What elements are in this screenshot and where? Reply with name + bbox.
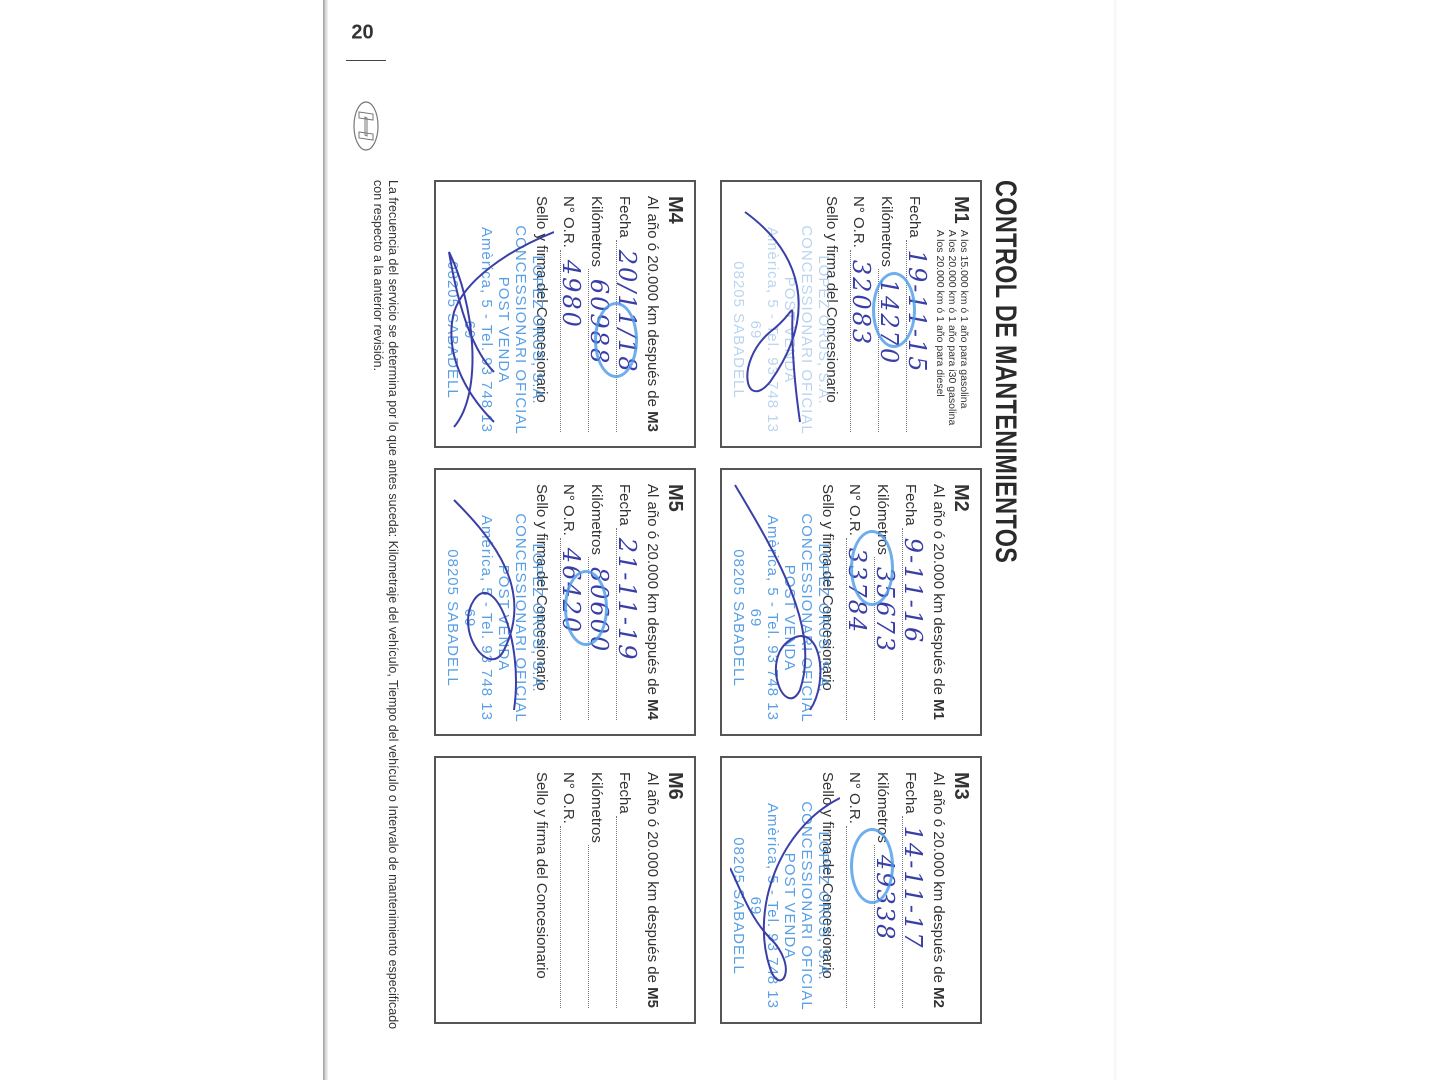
kilometros-label: Kilómetros	[588, 196, 605, 267]
card-code: M1	[949, 196, 972, 224]
maintenance-card-m1: M1 A los 15.000 km ó 1 año para gasolina…	[720, 180, 982, 448]
page-number: 20	[351, 22, 373, 45]
maintenance-card-m3: M3 Al año ó 20.000 km después de M2 Fech…	[720, 756, 982, 1024]
hyundai-stamp-logo-icon	[594, 302, 638, 378]
stamp-line: CONCESSIONARI OFICIAL	[798, 510, 815, 726]
interval-ref: M3	[644, 411, 661, 432]
fecha-field: Fecha21-11-19	[616, 484, 634, 720]
hyundai-stamp-logo-icon	[564, 570, 608, 646]
interval-line: A los 20.000 km ó 1 año para i30 gasolin…	[946, 230, 958, 426]
fecha-value: 21-11-19	[613, 538, 641, 662]
nor-value: 32083	[847, 260, 875, 346]
stamp-line: Amèrica, 5 - Tel. 93 748 13 69	[461, 510, 495, 726]
stamp-line: POST VENDA	[495, 222, 512, 438]
interval-label: Al año ó 20.000 km después de	[644, 484, 661, 695]
maintenance-card-m6: M6 Al año ó 20.000 km después de M5 Fech…	[434, 756, 696, 1024]
nor-label: N° O.R.	[850, 196, 867, 248]
stamp-line: LOPEZ ORÚS, S.A.	[815, 510, 832, 726]
interval-ref: M2	[930, 987, 947, 1008]
nor-label: N° O.R.	[846, 484, 863, 536]
interval-ref: M5	[644, 987, 661, 1008]
footer-note: La frecuencia del servicio se determina …	[370, 180, 400, 1040]
maintenance-card-m5: M5 Al año ó 20.000 km después de M4 Fech…	[434, 468, 696, 736]
maintenance-card-m4: M4 Al año ó 20.000 km después de M3 Fech…	[434, 180, 696, 448]
stamp-line: POST VENDA	[781, 510, 798, 726]
fecha-label: Fecha	[616, 484, 633, 526]
interval-line: A los 15.000 km ó 1 año para gasolina	[958, 230, 970, 426]
stamp-line: Amèrica, 5 - Tel. 93 748 13 69	[747, 510, 781, 726]
stamp-line: Amèrica, 5 - Tel. 93 748 13 69	[461, 222, 495, 438]
nor-label: N° O.R.	[560, 484, 577, 536]
nor-label: N° O.R.	[560, 772, 577, 824]
page-title: CONTROL DE MANTENIMIENTOS	[988, 180, 1022, 563]
dealer-stamp: LOPEZ ORÚS, S.A. CONCESSIONARI OFICIAL P…	[444, 510, 546, 726]
stamp-line: POST VENDA	[495, 510, 512, 726]
card-code: M3	[949, 772, 972, 800]
interval-label: Al año ó 20.000 km después de	[930, 484, 947, 695]
interval-text: Al año ó 20.000 km después de M3	[644, 196, 661, 432]
fecha-value: 14-11-17	[899, 826, 927, 950]
fecha-field: Fecha	[616, 772, 634, 1008]
fecha-label: Fecha	[906, 196, 923, 238]
stamp-line: 08205 SABADELL	[444, 222, 461, 438]
fecha-field: Fecha9-11-16	[902, 484, 920, 720]
stamp-line: CONCESSIONARI OFICIAL	[512, 510, 529, 726]
hyundai-stamp-logo-icon	[850, 828, 894, 904]
kilometros-label: Kilómetros	[588, 772, 605, 843]
interval-label: Al año ó 20.000 km después de	[644, 196, 661, 407]
fecha-value: 9-11-16	[899, 538, 927, 645]
fecha-label: Fecha	[902, 484, 919, 526]
stamp-line: 08205 SABADELL	[730, 510, 747, 726]
hyundai-stamp-logo-icon	[872, 272, 916, 348]
fecha-label: Fecha	[616, 772, 633, 814]
kilometros-label: Kilómetros	[588, 484, 605, 555]
interval-lines: A los 15.000 km ó 1 año para gasolina A …	[934, 230, 970, 426]
stamp-line: POST VENDA	[781, 798, 798, 1014]
stamp-line: Amèrica, 5 - Tel. 93 748 13 69	[747, 798, 781, 1014]
interval-text: Al año ó 20.000 km después de M5	[644, 772, 661, 1008]
interval-ref: M4	[644, 699, 661, 720]
card-code: M2	[949, 484, 972, 512]
stamp-line: LOPEZ ORÚS, S.A.	[815, 222, 832, 438]
kilometros-field: Kilómetros	[588, 772, 606, 1008]
booklet-binding-edge	[323, 0, 328, 1080]
nor-field: N° O.R.	[560, 772, 578, 1008]
maintenance-card-m2: M2 Al año ó 20.000 km después de M1 Fech…	[720, 468, 982, 736]
stamp-line: CONCESSIONARI OFICIAL	[512, 222, 529, 438]
card-code: M5	[663, 484, 686, 512]
footer-divider	[346, 60, 386, 61]
dealer-stamp: LOPEZ ORÚS, S.A. CONCESSIONARI OFICIAL P…	[444, 222, 546, 438]
page-edge-shadow	[1114, 0, 1117, 1080]
stamp-line: Amèrica, 5 - Tel. 93 748 13 69	[747, 222, 781, 438]
card-code: M4	[663, 196, 686, 224]
seal-label: Sello y firma del Concesionario	[533, 772, 550, 1008]
interval-label: Al año ó 20.000 km después de	[644, 772, 661, 983]
hyundai-stamp-logo-icon	[850, 530, 894, 606]
interval-ref: M1	[930, 699, 947, 720]
stamp-line: POST VENDA	[781, 222, 798, 438]
nor-value: 4980	[557, 260, 585, 329]
interval-line: A los 20.000 km ó 1 año para diesel	[934, 230, 946, 426]
fecha-field: Fecha14-11-17	[902, 772, 920, 1008]
stamp-line: LOPEZ ORÚS, S.A.	[815, 798, 832, 1014]
nor-field: N° O.R. 32083	[850, 196, 868, 432]
stamp-line: LOPEZ ORÚS, S.A.	[529, 510, 546, 726]
kilometros-label: Kilómetros	[878, 196, 895, 267]
maintenance-page: CONTROL DE MANTENIMIENTOS M1 A los 15.00…	[360, 140, 1040, 1040]
card-code: M6	[663, 772, 686, 800]
stamp-line: LOPEZ ORÚS, S.A.	[529, 222, 546, 438]
dealer-stamp: LOPEZ ORÚS, S.A. CONCESSIONARI OFICIAL P…	[730, 510, 832, 726]
dealer-stamp: LOPEZ ORÚS, S.A. CONCESSIONARI OFICIAL P…	[730, 798, 832, 1014]
stamp-line: 08205 SABADELL	[730, 222, 747, 438]
stamp-line: CONCESSIONARI OFICIAL	[798, 798, 815, 1014]
interval-text: Al año ó 20.000 km después de M1	[930, 484, 947, 720]
fecha-label: Fecha	[902, 772, 919, 814]
hyundai-logo-icon	[352, 100, 380, 152]
fecha-label: Fecha	[616, 196, 633, 238]
interval-text: Al año ó 20.000 km después de M4	[644, 484, 661, 720]
stamp-line: 08205 SABADELL	[444, 510, 461, 726]
stamp-line: CONCESSIONARI OFICIAL	[798, 222, 815, 438]
nor-label: N° O.R.	[846, 772, 863, 824]
nor-field: N° O.R.4980	[560, 196, 578, 432]
interval-label: Al año ó 20.000 km después de	[930, 772, 947, 983]
dealer-stamp: LOPEZ ORÚS, S.A. CONCESSIONARI OFICIAL P…	[730, 222, 832, 438]
nor-label: N° O.R.	[560, 196, 577, 248]
stamp-line: 08205 SABADELL	[730, 798, 747, 1014]
interval-text: Al año ó 20.000 km después de M2	[930, 772, 947, 1008]
